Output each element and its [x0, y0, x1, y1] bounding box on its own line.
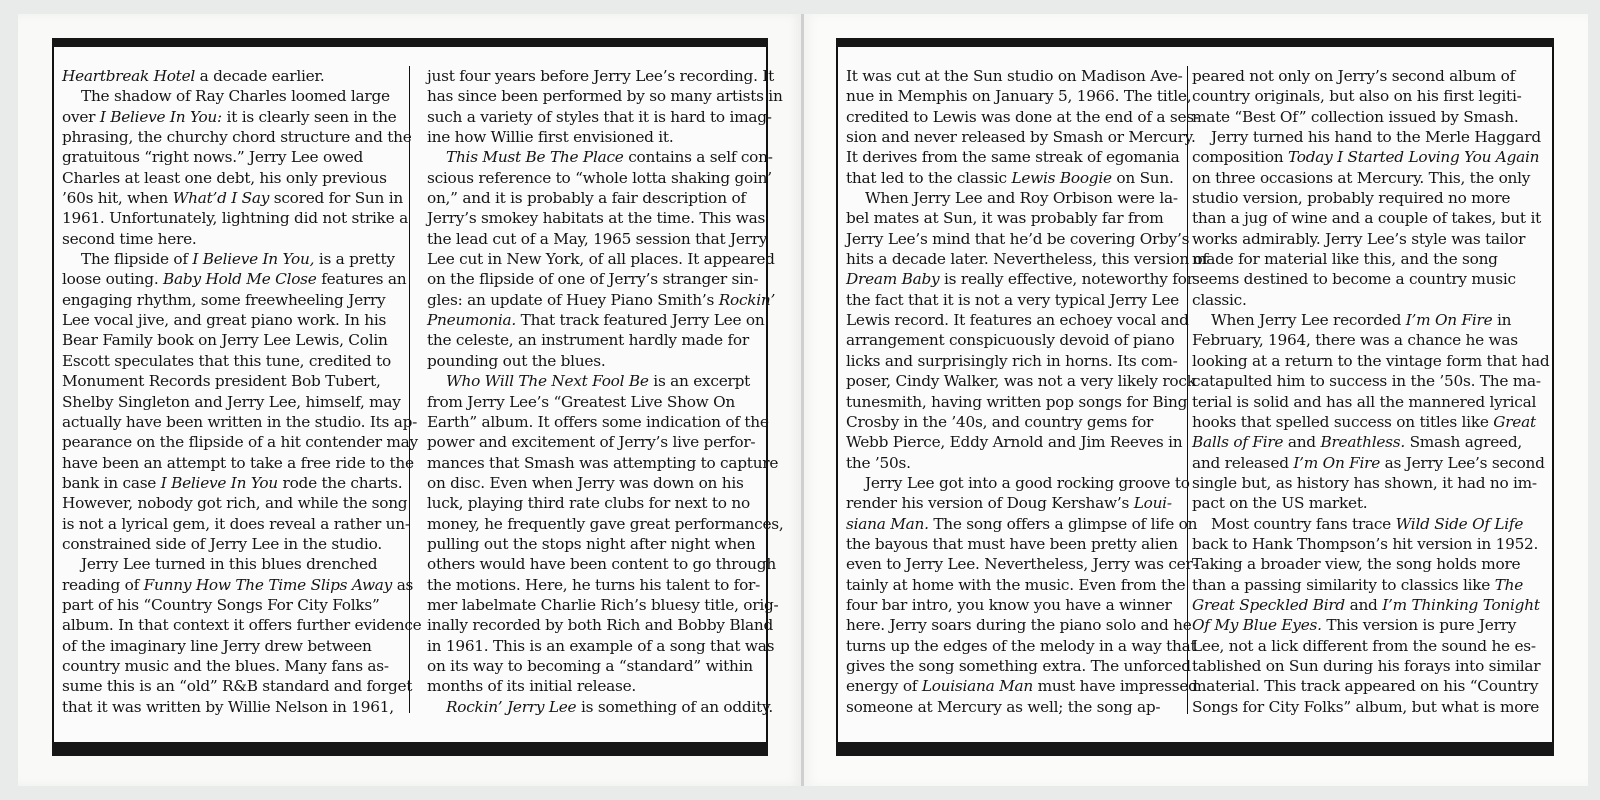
text-line: inally recorded by both Rich and Bobby B… — [427, 615, 761, 635]
text-run: Jerry turned his hand to the Merle Hagga… — [1211, 128, 1541, 146]
text-line: on disc. Even when Jerry was down on his — [427, 473, 761, 493]
text-run: here. Jerry soars during the piano solo … — [846, 616, 1192, 634]
text-run: credited to Lewis was done at the end of… — [846, 108, 1199, 126]
text-line: bank in case I Believe In You rode the c… — [62, 473, 404, 493]
text-line: tablished on Sun during his forays into … — [1192, 656, 1536, 676]
text-line: mances that Smash was attempting to capt… — [427, 453, 761, 473]
text-run: in — [1492, 311, 1511, 329]
text-line: have been an attempt to take a free ride… — [62, 453, 404, 473]
text-line: Charles at least one debt, his only prev… — [62, 168, 404, 188]
italic-title: I Believe In You: — [100, 108, 222, 126]
text-run: classic. — [1192, 291, 1247, 309]
text-run: has since been performed by so many arti… — [427, 87, 783, 105]
text-run: hits a decade later. Nevertheless, this … — [846, 250, 1208, 268]
text-line: Jerry Lee got into a good rocking groove… — [846, 473, 1186, 493]
text-line: country music and the blues. Many fans a… — [62, 656, 404, 676]
text-line: composition Today I Started Loving You A… — [1192, 147, 1536, 167]
text-run: terial is solid and has all the mannered… — [1192, 393, 1536, 411]
text-run: on disc. Even when Jerry was down on his — [427, 474, 744, 492]
text-line: seems destined to become a country music — [1192, 269, 1536, 289]
text-line: Of My Blue Eyes. This version is pure Je… — [1192, 615, 1536, 635]
text-line: Crosby in the ’40s, and country gems for — [846, 412, 1186, 432]
text-run: licks and surprisingly rich in horns. It… — [846, 352, 1178, 370]
text-line: Who Will The Next Fool Be is an excerpt — [427, 371, 761, 391]
text-column: just four years before Jerry Lee’s recor… — [427, 66, 761, 717]
text-line: February, 1964, there was a chance he wa… — [1192, 330, 1536, 350]
text-run: pact on the US market. — [1192, 494, 1367, 512]
text-run: scored for Sun in — [269, 189, 403, 207]
text-line: the fact that it is not a very typical J… — [846, 290, 1186, 310]
text-line: It derives from the same streak of egoma… — [846, 147, 1186, 167]
text-run: works admirably. Jerry Lee’s style was t… — [1192, 230, 1525, 248]
frame-top-bar — [52, 38, 768, 47]
text-line: studio version, probably required no mor… — [1192, 188, 1536, 208]
text-line: Escott speculates that this tune, credit… — [62, 351, 404, 371]
text-run: and — [1345, 596, 1382, 614]
text-line: constrained side of Jerry Lee in the stu… — [62, 534, 404, 554]
text-run: it is clearly seen in the — [222, 108, 397, 126]
text-run: have been an attempt to take a free ride… — [62, 454, 414, 472]
text-line: Jerry turned his hand to the Merle Hagga… — [1192, 127, 1536, 147]
italic-title: Of My Blue Eyes. — [1192, 616, 1322, 634]
text-line: pulling out the stops night after night … — [427, 534, 761, 554]
text-line: gratuitous “right nows.” Jerry Lee owed — [62, 147, 404, 167]
text-line: single but, as history has shown, it had… — [1192, 473, 1536, 493]
text-line: Pneumonia. That track featured Jerry Lee… — [427, 310, 761, 330]
italic-title: Breathless. — [1320, 433, 1404, 451]
text-line: has since been performed by so many arti… — [427, 86, 761, 106]
text-run: This version is pure Jerry — [1322, 616, 1516, 634]
text-run: that led to the classic — [846, 169, 1011, 187]
text-run: engaging rhythm, some freewheeling Jerry — [62, 291, 385, 309]
italic-title: Louisiana Man — [922, 677, 1033, 695]
text-line: credited to Lewis was done at the end of… — [846, 107, 1186, 127]
text-run: Jerry Lee turned in this blues drenched — [81, 555, 377, 573]
text-run: Lewis record. It features an echoey voca… — [846, 311, 1189, 329]
italic-title: The — [1495, 576, 1523, 594]
text-run: part of his “Country Songs For City Folk… — [62, 596, 380, 614]
text-run: pounding out the blues. — [427, 352, 605, 370]
text-run: someone at Mercury as well; the song ap- — [846, 698, 1160, 716]
text-run: in 1961. This is an example of a song th… — [427, 637, 774, 655]
frame-bottom-bar — [836, 742, 1554, 756]
text-line: gives the song something extra. The unfo… — [846, 656, 1186, 676]
text-run: rode the charts. — [278, 474, 402, 492]
text-line: than a passing similarity to classics li… — [1192, 575, 1536, 595]
text-run: a decade earlier. — [195, 67, 324, 85]
text-run: scious reference to “whole lotta shaking… — [427, 169, 772, 187]
italic-title: Who Will The Next Fool Be — [446, 372, 649, 390]
text-line: phrasing, the churchy chord structure an… — [62, 127, 404, 147]
text-run: gives the song something extra. The unfo… — [846, 657, 1191, 675]
text-run: Charles at least one debt, his only prev… — [62, 169, 387, 187]
text-line: country originals, but also on his first… — [1192, 86, 1536, 106]
text-line: engaging rhythm, some freewheeling Jerry — [62, 290, 404, 310]
text-run: When Jerry Lee recorded — [1211, 311, 1406, 329]
text-line: hits a decade later. Nevertheless, this … — [846, 249, 1186, 269]
text-line: bel mates at Sun, it was probably far fr… — [846, 208, 1186, 228]
text-line: someone at Mercury as well; the song ap- — [846, 697, 1186, 717]
text-line: actually have been written in the studio… — [62, 412, 404, 432]
text-run: Monument Records president Bob Tubert, — [62, 372, 381, 390]
text-line: Most country fans trace Wild Side Of Lif… — [1192, 514, 1536, 534]
text-line: sion and never released by Smash or Merc… — [846, 127, 1186, 147]
text-run: Taking a broader view, the song holds mo… — [1192, 555, 1520, 573]
text-line: in 1961. This is an example of a song th… — [427, 636, 761, 656]
text-line: peared not only on Jerry’s second album … — [1192, 66, 1536, 86]
text-line: of the imaginary line Jerry drew between — [62, 636, 404, 656]
text-run: However, nobody got rich, and while the … — [62, 494, 407, 512]
right-page-frame: It was cut at the Sun studio on Madison … — [836, 38, 1554, 756]
text-run: peared not only on Jerry’s second album … — [1192, 67, 1515, 85]
text-line: album. In that context it offers further… — [62, 615, 404, 635]
text-run: power and excitement of Jerry’s live per… — [427, 433, 755, 451]
text-run: the lead cut of a May, 1965 session that… — [427, 230, 767, 248]
text-line: siana Man. The song offers a glimpse of … — [846, 514, 1186, 534]
text-line: luck, playing third rate clubs for next … — [427, 493, 761, 513]
text-run: on,” and it is probably a fair descripti… — [427, 189, 746, 207]
text-run: country music and the blues. Many fans a… — [62, 657, 389, 675]
text-line: terial is solid and has all the mannered… — [1192, 392, 1536, 412]
text-line: This Must Be The Place contains a self c… — [427, 147, 761, 167]
text-line: pact on the US market. — [1192, 493, 1536, 513]
text-run: energy of — [846, 677, 922, 695]
text-run: bank in case — [62, 474, 161, 492]
text-line: is not a lyrical gem, it does reveal a r… — [62, 514, 404, 534]
text-line: reading of Funny How The Time Slips Away… — [62, 575, 404, 595]
text-run: studio version, probably required no mor… — [1192, 189, 1510, 207]
text-run: Lee vocal jive, and great piano work. In… — [62, 311, 386, 329]
text-run: on Sun. — [1112, 169, 1174, 187]
text-line: Earth” album. It offers some indication … — [427, 412, 761, 432]
text-run: money, he frequently gave great performa… — [427, 515, 784, 533]
italic-title: I’m On Fire — [1293, 454, 1380, 472]
text-run: That track featured Jerry Lee on — [516, 311, 764, 329]
text-line: Jerry Lee’s mind that he’d be covering O… — [846, 229, 1186, 249]
text-run: render his version of Doug Kershaw’s — [846, 494, 1134, 512]
text-run: on its way to becoming a “standard” with… — [427, 657, 753, 675]
text-run: of the imaginary line Jerry drew between — [62, 637, 372, 655]
text-run: nue in Memphis on January 5, 1966. The t… — [846, 87, 1191, 105]
text-line: When Jerry Lee recorded I’m On Fire in — [1192, 310, 1536, 330]
text-run: as — [392, 576, 413, 594]
text-run: the motions. Here, he turns his talent t… — [427, 576, 760, 594]
text-line: the ’50s. — [846, 453, 1186, 473]
text-run: and released — [1192, 454, 1293, 472]
text-column: peared not only on Jerry’s second album … — [1192, 66, 1536, 717]
italic-title: Funny How The Time Slips Away — [144, 576, 392, 594]
text-run: Songs for City Folks” album, but what is… — [1192, 698, 1539, 716]
text-line: ’60s hit, when What’d I Say scored for S… — [62, 188, 404, 208]
text-run: on three occasions at Mercury. This, the… — [1192, 169, 1530, 187]
frame-bottom-bar — [52, 742, 768, 756]
text-line: energy of Louisiana Man must have impres… — [846, 676, 1186, 696]
text-run: even to Jerry Lee. Nevertheless, Jerry w… — [846, 555, 1197, 573]
italic-title: I Believe In You, — [192, 250, 314, 268]
text-line: It was cut at the Sun studio on Madison … — [846, 66, 1186, 86]
text-line: such a variety of styles that it is hard… — [427, 107, 761, 127]
text-run: constrained side of Jerry Lee in the stu… — [62, 535, 382, 553]
text-line: part of his “Country Songs For City Folk… — [62, 595, 404, 615]
text-line: Lee, not a lick different from the sound… — [1192, 636, 1536, 656]
text-run: Jerry Lee’s mind that he’d be covering O… — [846, 230, 1189, 248]
text-line: material. This track appeared on his “Co… — [1192, 676, 1536, 696]
text-run: phrasing, the churchy chord structure an… — [62, 128, 412, 146]
text-line: turns up the edges of the melody in a wa… — [846, 636, 1186, 656]
text-line: Shelby Singleton and Jerry Lee, himself,… — [62, 392, 404, 412]
italic-title: siana Man. — [846, 515, 929, 533]
text-run: the celeste, an instrument hardly made f… — [427, 331, 749, 349]
text-line: sume this is an “old” R&B standard and f… — [62, 676, 404, 696]
text-run: luck, playing third rate clubs for next … — [427, 494, 750, 512]
text-line: looking at a return to the vintage form … — [1192, 351, 1536, 371]
text-run: contains a self con- — [624, 148, 773, 166]
text-line: poser, Cindy Walker, was not a very like… — [846, 371, 1186, 391]
italic-title: Dream Baby — [846, 270, 939, 288]
text-line: on the flipside of one of Jerry’s strang… — [427, 269, 761, 289]
text-run: actually have been written in the studio… — [62, 413, 417, 431]
text-line: Rockin’ Jerry Lee is something of an odd… — [427, 697, 761, 717]
text-line: pounding out the blues. — [427, 351, 761, 371]
text-line: on,” and it is probably a fair descripti… — [427, 188, 761, 208]
text-line: pearance on the flipside of a hit conten… — [62, 432, 404, 452]
text-line: nue in Memphis on January 5, 1966. The t… — [846, 86, 1186, 106]
text-line: the lead cut of a May, 1965 session that… — [427, 229, 761, 249]
left-page-frame: Heartbreak Hotel a decade earlier.The sh… — [52, 38, 768, 756]
text-run: Escott speculates that this tune, credit… — [62, 352, 391, 370]
text-line: Great Speckled Bird and I’m Thinking Ton… — [1192, 595, 1536, 615]
text-run: Shelby Singleton and Jerry Lee, himself,… — [62, 393, 401, 411]
text-line: from Jerry Lee’s “Greatest Live Show On — [427, 392, 761, 412]
text-run: on the flipside of one of Jerry’s strang… — [427, 270, 758, 288]
text-line: that led to the classic Lewis Boogie on … — [846, 168, 1186, 188]
text-line: ine how Willie first envisioned it. — [427, 127, 761, 147]
text-run: tainly at home with the music. Even from… — [846, 576, 1185, 594]
text-line: Dream Baby is really effective, notewort… — [846, 269, 1186, 289]
text-run: looking at a return to the vintage form … — [1192, 352, 1549, 370]
text-run: mate “Best Of” collection issued by Smas… — [1192, 108, 1518, 126]
text-run: pearance on the flipside of a hit conten… — [62, 433, 418, 451]
text-run: It derives from the same streak of egoma… — [846, 148, 1180, 166]
text-run: just four years before Jerry Lee’s recor… — [427, 67, 774, 85]
text-line: Taking a broader view, the song holds mo… — [1192, 554, 1536, 574]
text-run: reading of — [62, 576, 144, 594]
text-run: seems destined to become a country music — [1192, 270, 1516, 288]
text-run: back to Hank Thompson’s hit version in 1… — [1192, 535, 1538, 553]
text-line: made for material like this, and the son… — [1192, 249, 1536, 269]
text-run: second time here. — [62, 230, 197, 248]
text-line: back to Hank Thompson’s hit version in 1… — [1192, 534, 1536, 554]
text-line: Songs for City Folks” album, but what is… — [1192, 697, 1536, 717]
frame-top-bar — [836, 38, 1554, 47]
text-run: arrangement conspicuously devoid of pian… — [846, 331, 1174, 349]
text-run: that it was written by Willie Nelson in … — [62, 698, 394, 716]
text-run: Bear Family book on Jerry Lee Lewis, Col… — [62, 331, 388, 349]
text-run: single but, as history has shown, it had… — [1192, 474, 1537, 492]
text-run: Lee, not a lick different from the sound… — [1192, 637, 1536, 655]
text-line: Lewis record. It features an echoey voca… — [846, 310, 1186, 330]
text-run: bel mates at Sun, it was probably far fr… — [846, 209, 1164, 227]
text-run: Jerry Lee got into a good rocking groove… — [865, 474, 1190, 492]
text-line: even to Jerry Lee. Nevertheless, Jerry w… — [846, 554, 1186, 574]
text-line: the bayous that must have been pretty al… — [846, 534, 1186, 554]
text-line: months of its initial release. — [427, 676, 761, 696]
text-run: The flipside of — [81, 250, 192, 268]
text-line: The flipside of I Believe In You, is a p… — [62, 249, 404, 269]
text-line: four bar intro, you know you have a winn… — [846, 595, 1186, 615]
text-run: The song offers a glimpse of life on — [929, 515, 1198, 533]
text-run: The shadow of Ray Charles loomed large — [81, 87, 390, 105]
text-run: than a passing similarity to classics li… — [1192, 576, 1495, 594]
italic-title: This Must Be The Place — [446, 148, 624, 166]
text-line: on three occasions at Mercury. This, the… — [1192, 168, 1536, 188]
text-run: inally recorded by both Rich and Bobby B… — [427, 616, 773, 634]
text-run: ’60s hit, when — [62, 189, 173, 207]
text-line: the celeste, an instrument hardly made f… — [427, 330, 761, 350]
text-line: Lee vocal jive, and great piano work. In… — [62, 310, 404, 330]
text-run: ine how Willie first envisioned it. — [427, 128, 673, 146]
text-run: February, 1964, there was a chance he wa… — [1192, 331, 1518, 349]
text-line: Webb Pierce, Eddy Arnold and Jim Reeves … — [846, 432, 1186, 452]
text-run: tablished on Sun during his forays into … — [1192, 657, 1540, 675]
text-run: months of its initial release. — [427, 677, 636, 695]
text-run: the ’50s. — [846, 454, 911, 472]
text-run: sume this is an “old” R&B standard and f… — [62, 677, 412, 695]
text-line: licks and surprisingly rich in horns. It… — [846, 351, 1186, 371]
italic-title: Rockin’ Jerry Lee — [446, 698, 576, 716]
text-run: turns up the edges of the melody in a wa… — [846, 637, 1196, 655]
italic-title: Wild Side Of Life — [1396, 515, 1524, 533]
text-line: However, nobody got rich, and while the … — [62, 493, 404, 513]
italic-title: Pneumonia. — [427, 311, 516, 329]
italic-title: Rockin’ — [719, 291, 775, 309]
text-run: mer labelmate Charlie Rich’s bluesy titl… — [427, 596, 778, 614]
italic-title: Baby Hold Me Close — [163, 270, 317, 288]
text-line: classic. — [1192, 290, 1536, 310]
text-line: here. Jerry soars during the piano solo … — [846, 615, 1186, 635]
text-column: It was cut at the Sun studio on Madison … — [846, 66, 1186, 717]
text-run: catapulted him to success in the ’50s. T… — [1192, 372, 1541, 390]
italic-title: I’m On Fire — [1406, 311, 1493, 329]
text-line: Bear Family book on Jerry Lee Lewis, Col… — [62, 330, 404, 350]
text-line: Balls of Fire and Breathless. Smash agre… — [1192, 432, 1536, 452]
text-run: is a pretty — [314, 250, 395, 268]
text-line: render his version of Doug Kershaw’s Lou… — [846, 493, 1186, 513]
text-line: tainly at home with the music. Even from… — [846, 575, 1186, 595]
italic-title: Great Speckled Bird — [1192, 596, 1345, 614]
text-line: money, he frequently gave great performa… — [427, 514, 761, 534]
text-run: than a jug of wine and a couple of takes… — [1192, 209, 1541, 227]
italic-title: What’d I Say — [173, 189, 270, 207]
text-line: just four years before Jerry Lee’s recor… — [427, 66, 761, 86]
text-run: tunesmith, having written pop songs for … — [846, 393, 1187, 411]
text-line: Jerry Lee turned in this blues drenched — [62, 554, 404, 574]
text-line: hooks that spelled success on titles lik… — [1192, 412, 1536, 432]
text-run: is something of an oddity. — [576, 698, 773, 716]
text-run: mances that Smash was attempting to capt… — [427, 454, 778, 472]
text-line: Monument Records president Bob Tubert, — [62, 371, 404, 391]
italic-title: Heartbreak Hotel — [62, 67, 195, 85]
text-run: and — [1283, 433, 1320, 451]
text-line: loose outing. Baby Hold Me Close feature… — [62, 269, 404, 289]
text-line: When Jerry Lee and Roy Orbison were la- — [846, 188, 1186, 208]
text-run: over — [62, 108, 100, 126]
italic-title: I’m Thinking Tonight — [1382, 596, 1540, 614]
italic-title: Today I Started Loving You Again — [1288, 148, 1539, 166]
text-line: than a jug of wine and a couple of takes… — [1192, 208, 1536, 228]
text-run: When Jerry Lee and Roy Orbison were la- — [865, 189, 1178, 207]
text-line: and released I’m On Fire as Jerry Lee’s … — [1192, 453, 1536, 473]
text-line: Lee cut in New York, of all places. It a… — [427, 249, 761, 269]
text-line: mer labelmate Charlie Rich’s bluesy titl… — [427, 595, 761, 615]
italic-title: I Believe In You — [161, 474, 278, 492]
text-run: Crosby in the ’40s, and country gems for — [846, 413, 1153, 431]
text-run: material. This track appeared on his “Co… — [1192, 677, 1538, 695]
text-run: hooks that spelled success on titles lik… — [1192, 413, 1493, 431]
text-line: on its way to becoming a “standard” with… — [427, 656, 761, 676]
text-run: the bayous that must have been pretty al… — [846, 535, 1178, 553]
text-run: is not a lyrical gem, it does reveal a r… — [62, 515, 410, 533]
column-divider — [409, 66, 410, 713]
text-run: pulling out the stops night after night … — [427, 535, 755, 553]
text-line: second time here. — [62, 229, 404, 249]
text-line: Heartbreak Hotel a decade earlier. — [62, 66, 404, 86]
text-run: made for material like this, and the son… — [1192, 250, 1498, 268]
text-line: arrangement conspicuously devoid of pian… — [846, 330, 1186, 350]
text-line: catapulted him to success in the ’50s. T… — [1192, 371, 1536, 391]
text-run: sion and never released by Smash or Merc… — [846, 128, 1196, 146]
text-run: gratuitous “right nows.” Jerry Lee owed — [62, 148, 363, 166]
text-column: Heartbreak Hotel a decade earlier.The sh… — [62, 66, 404, 717]
text-line: Jerry’s smokey habitats at the time. Thi… — [427, 208, 761, 228]
text-run: 1961. Unfortunately, lightning did not s… — [62, 209, 408, 227]
column-divider — [1187, 66, 1188, 714]
text-run: such a variety of styles that it is hard… — [427, 108, 772, 126]
text-line: 1961. Unfortunately, lightning did not s… — [62, 208, 404, 228]
text-run: features an — [317, 270, 407, 288]
text-run: Most country fans trace — [1211, 515, 1396, 533]
text-run: Webb Pierce, Eddy Arnold and Jim Reeves … — [846, 433, 1182, 451]
text-line: mate “Best Of” collection issued by Smas… — [1192, 107, 1536, 127]
text-line: power and excitement of Jerry’s live per… — [427, 432, 761, 452]
text-run: album. In that context it offers further… — [62, 616, 421, 634]
text-run: from Jerry Lee’s “Greatest Live Show On — [427, 393, 735, 411]
italic-title: Lewis Boogie — [1011, 169, 1111, 187]
text-run: is really effective, noteworthy for — [939, 270, 1193, 288]
text-line: tunesmith, having written pop songs for … — [846, 392, 1186, 412]
text-line: others would have been content to go thr… — [427, 554, 761, 574]
text-run: composition — [1192, 148, 1288, 166]
text-run: Lee cut in New York, of all places. It a… — [427, 250, 775, 268]
italic-title: Loui- — [1134, 494, 1172, 512]
italic-title: Great — [1493, 413, 1536, 431]
text-run: It was cut at the Sun studio on Madison … — [846, 67, 1183, 85]
text-run: country originals, but also on his first… — [1192, 87, 1522, 105]
text-run: gles: an update of Huey Piano Smith’s — [427, 291, 719, 309]
text-run: poser, Cindy Walker, was not a very like… — [846, 372, 1196, 390]
text-run: as Jerry Lee’s second — [1380, 454, 1545, 472]
text-run: is an excerpt — [649, 372, 750, 390]
text-line: gles: an update of Huey Piano Smith’s Ro… — [427, 290, 761, 310]
text-line: the motions. Here, he turns his talent t… — [427, 575, 761, 595]
text-line: The shadow of Ray Charles loomed large — [62, 86, 404, 106]
text-line: that it was written by Willie Nelson in … — [62, 697, 404, 717]
text-run: four bar intro, you know you have a winn… — [846, 596, 1172, 614]
text-line: over I Believe In You: it is clearly see… — [62, 107, 404, 127]
text-run: must have impressed — [1033, 677, 1198, 695]
text-run: Jerry’s smokey habitats at the time. Thi… — [427, 209, 765, 227]
text-run: Earth” album. It offers some indication … — [427, 413, 769, 431]
